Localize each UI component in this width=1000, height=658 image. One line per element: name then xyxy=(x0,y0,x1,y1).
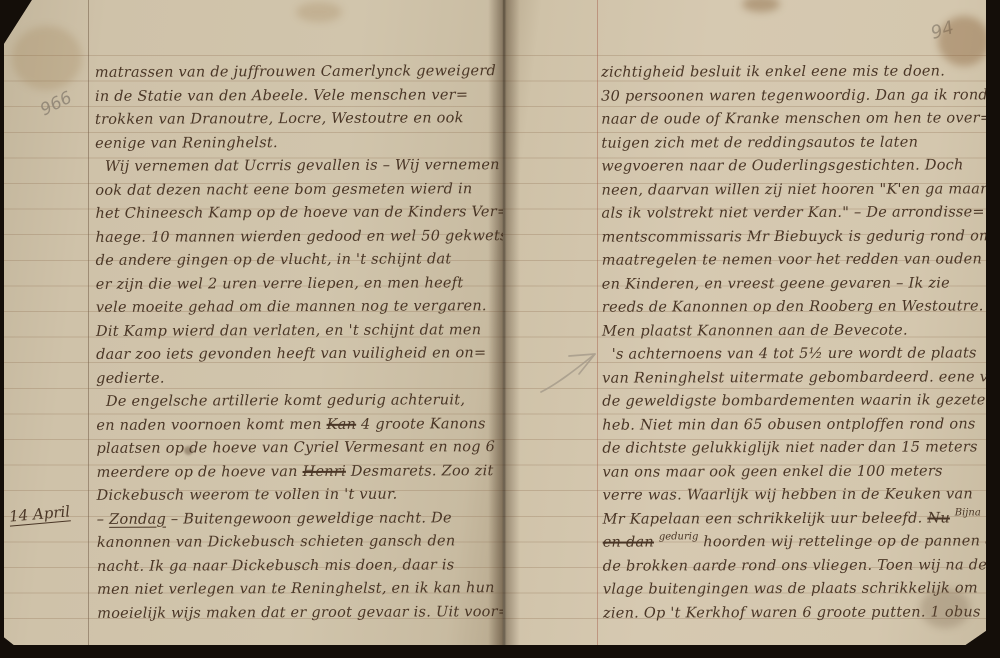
manuscript-line: de brokken aarde rond ons vliegen. Toen … xyxy=(603,554,983,579)
right-page: 94 zichtigheid besluit ik enkel eene mis… xyxy=(503,0,986,645)
left-margin-rule xyxy=(88,0,89,645)
manuscript-line: er zijn die wel 2 uren verre liepen, en … xyxy=(96,272,498,297)
pencil-arrow-mark xyxy=(535,326,605,398)
manuscript-line: de andere gingen op de vlucht, in 't sch… xyxy=(96,248,498,273)
right-folio-number: 94 xyxy=(928,17,956,44)
manuscript-line: maatregelen te nemen voor het redden van… xyxy=(602,248,982,273)
manuscript-line: 's achternoens van 4 tot 5½ ure wordt de… xyxy=(602,342,982,367)
manuscript-line: Men plaatst Kanonnen aan de Bevecote. xyxy=(602,319,982,344)
manuscript-line: plaatsen op de hoeve van Cyriel Vermesan… xyxy=(96,436,498,461)
manuscript-line: kanonnen van Dickebusch schieten gansch … xyxy=(97,530,499,555)
manuscript-line: als ik volstrekt niet verder Kan." – De … xyxy=(602,201,982,226)
manuscript-line: vlage buitengingen was de plaats schrikk… xyxy=(603,577,983,602)
manuscript-line: moeielijk wijs maken dat er groot gevaar… xyxy=(97,601,499,626)
manuscript-line: wegvoeren naar de Ouderlingsgestichten. … xyxy=(601,154,981,179)
manuscript-line: de geweldigste bombardementen waarin ik … xyxy=(602,389,982,414)
manuscript-line: vele moeite gehad om die mannen nog te v… xyxy=(96,295,498,320)
manuscript-line: daar zoo iets gevonden heeft van vuiligh… xyxy=(96,342,498,367)
left-page: 966 matrassen van de juffrouwen Camerlyn… xyxy=(4,0,503,645)
manuscript-line: zien. Op 't Kerkhof waren 6 groote putte… xyxy=(603,601,983,626)
manuscript-line: meerdere op de hoeve van Henri Desmarets… xyxy=(97,460,499,485)
manuscript-line: Dickebusch weerom te vollen in 't vuur. xyxy=(97,483,499,508)
manuscript-line: haege. 10 mannen wierden gedood en wel 5… xyxy=(95,225,497,250)
gutter-shadow xyxy=(488,0,520,645)
manuscript-line: gedierte. xyxy=(96,366,498,391)
manuscript-line: eenige van Reninghelst. xyxy=(95,131,497,156)
manuscript-line: nacht. Ik ga naar Dickebusch mis doen, d… xyxy=(97,554,499,579)
manuscript-line: – Zondag – Buitengewoon geweldige nacht.… xyxy=(97,507,499,532)
manuscript-line: de dichtste gelukkiglijk niet nader dan … xyxy=(602,436,982,461)
manuscript-line: verre was. Waarlijk wij hebben in de Keu… xyxy=(602,483,982,508)
manuscript-line: De engelsche artillerie komt gedurig ach… xyxy=(96,389,498,414)
manuscript-line: tuigen zich met de reddingsautos te late… xyxy=(601,131,981,156)
photo-background: 966 matrassen van de juffrouwen Camerlyn… xyxy=(0,0,1000,658)
manuscript-line: en Kinderen, en vreest geene gevaren – I… xyxy=(602,272,982,297)
manuscript-line: naar de oude of Kranke menschen om hen t… xyxy=(601,107,981,132)
manuscript-line: neen, daarvan willen zij niet hooren "K'… xyxy=(601,178,981,203)
left-text-block: matrassen van de juffrouwen Camerlynck g… xyxy=(95,60,499,626)
manuscript-line: heb. Niet min dan 65 obusen ontploffen r… xyxy=(602,413,982,438)
manuscript-line: het Chineesch Kamp op de hoeve van de Ki… xyxy=(95,201,497,226)
manuscript-line: trokken van Dranoutre, Locre, Westoutre … xyxy=(95,107,497,132)
manuscript-line: in de Statie van den Abeele. Vele mensch… xyxy=(95,84,497,109)
manuscript-line: Wij vernemen dat Ucrris gevallen is – Wi… xyxy=(95,154,497,179)
manuscript-line: en naden voornoen komt men Kan 4 groote … xyxy=(96,413,498,438)
manuscript-line: matrassen van de juffrouwen Camerlynck g… xyxy=(95,60,497,85)
right-margin-rule xyxy=(597,0,598,645)
manuscript-line: van Reninghelst uitermate gebombardeerd.… xyxy=(602,366,982,391)
manuscript-line: zichtigheid besluit ik enkel eene mis te… xyxy=(601,60,981,85)
manuscript-line: van ons maar ook geen enkel die 100 mete… xyxy=(602,460,982,485)
manuscript-line: reeds de Kanonnen op den Rooberg en West… xyxy=(602,295,982,320)
manuscript-line: mentscommissaris Mr Biebuyck is gedurig … xyxy=(602,225,982,250)
manuscript-line: Mr Kapelaan een schrikkelijk uur beleefd… xyxy=(603,507,983,532)
right-text-block: zichtigheid besluit ik enkel eene mis te… xyxy=(601,60,983,625)
manuscript-line: en dan gedurig hoorden wij rettelinge op… xyxy=(603,530,983,555)
notebook-spread: 966 matrassen van de juffrouwen Camerlyn… xyxy=(4,0,986,645)
manuscript-line: men niet verlegen van te Reninghelst, en… xyxy=(97,577,499,602)
manuscript-line: 30 persoonen waren tegenwoordig. Dan ga … xyxy=(601,84,981,109)
manuscript-line: Dit Kamp wierd dan verlaten, en 't schij… xyxy=(96,319,498,344)
manuscript-line: ook dat dezen nacht eene bom gesmeten wi… xyxy=(95,178,497,203)
